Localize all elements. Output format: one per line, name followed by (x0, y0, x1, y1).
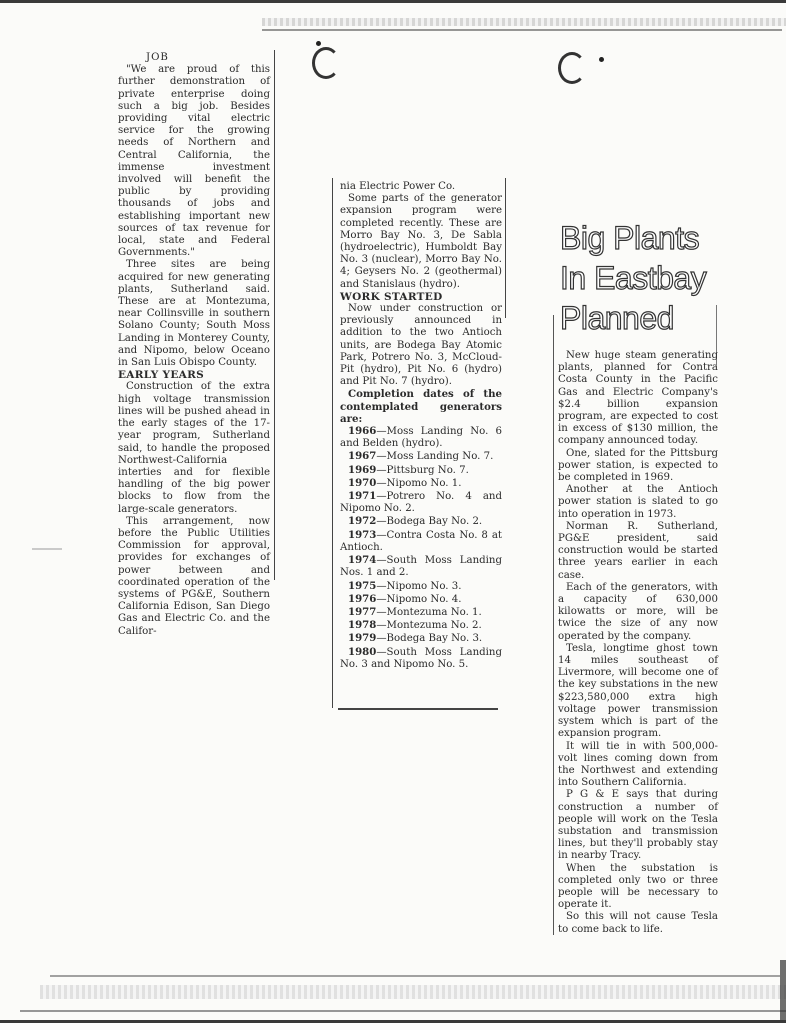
completion-plant: Montezuma No. 2. (387, 620, 482, 631)
dash: — (376, 555, 386, 566)
completion-year: 1966 (348, 425, 376, 437)
completion-dates-list: 1966—Moss Landing No. 6 and Belden (hydr… (340, 425, 502, 671)
scan-noise-strip-bottom (40, 985, 786, 999)
completion-plant: Moss Landing No. 7. (387, 451, 494, 462)
paragraph: One, slated for the Pittsburg power stat… (558, 448, 718, 485)
paragraph: Three sites are being acquired for new g… (118, 259, 270, 369)
scan-noise-strip-top (262, 18, 786, 26)
paragraph: Some parts of the generator expansion pr… (340, 193, 502, 291)
completion-year: 1980 (348, 646, 376, 658)
completion-year: 1970 (348, 477, 376, 489)
completion-plant: Nipomo No. 1. (387, 478, 462, 489)
subhead-work-started: WORK STARTED (340, 291, 502, 303)
paragraph: This arrangement, now before the Public … (118, 516, 270, 638)
paragraph: P G & E says that during construction a … (558, 789, 718, 862)
completion-year: 1978 (348, 619, 376, 631)
divider-rule-bottom (50, 975, 780, 977)
completion-date-item: 1976—Nipomo No. 4. (340, 593, 502, 606)
punch-hole-mark-right (558, 52, 586, 84)
completion-date-item: 1967—Moss Landing No. 7. (340, 450, 502, 463)
headline-line: Planned (560, 298, 730, 338)
completion-date-item: 1974—South Moss Landing Nos. 1 and 2. (340, 554, 502, 579)
dash: — (376, 478, 386, 489)
completion-date-item: 1970—Nipomo No. 1. (340, 477, 502, 490)
completion-year: 1967 (348, 450, 376, 462)
dash: — (376, 426, 386, 437)
completion-date-item: 1979—Bodega Bay No. 3. (340, 632, 502, 645)
paragraph: Another at the Antioch power station is … (558, 484, 718, 521)
completion-date-item: 1972—Bodega Bay No. 2. (340, 515, 502, 528)
headline-line: In Eastbay (560, 258, 730, 298)
completion-date-item: 1971—Potrero No. 4 and Nipomo No. 2. (340, 490, 502, 515)
dash: — (376, 530, 386, 541)
paragraph: "We are proud of this further demonstrat… (118, 64, 270, 259)
completion-year: 1969 (348, 464, 376, 476)
paragraph: When the substation is completed only tw… (558, 863, 718, 912)
dash: — (376, 594, 386, 605)
column-rule (553, 315, 554, 935)
scan-edge-top (0, 0, 786, 3)
paragraph: Each of the generators, with a capacity … (558, 582, 718, 643)
subhead-early-years: EARLY YEARS (118, 369, 270, 381)
completion-year: 1975 (348, 580, 376, 592)
paragraph: Completion dates of the contemplated gen… (340, 388, 502, 425)
headline: Big Plants In Eastbay Planned (560, 218, 730, 338)
paragraph: It will tie in with 500,000-volt lines c… (558, 741, 718, 790)
paragraph: Construction of the extra high voltage t… (118, 381, 270, 515)
completion-year: 1972 (348, 515, 376, 527)
kicker: JOB (118, 52, 270, 64)
headline-line: Big Plants (560, 218, 730, 258)
completion-plant: Montezuma No. 1. (387, 607, 482, 618)
dash: — (376, 647, 386, 658)
completion-date-item: 1969—Pittsburg No. 7. (340, 464, 502, 477)
article-right-column: New huge steam generating plants, planne… (558, 350, 718, 936)
completion-plant: Bodega Bay No. 3. (387, 633, 483, 644)
dash: — (376, 633, 386, 644)
paragraph: Norman R. Sutherland, PG&E president, sa… (558, 521, 718, 582)
column-rule (332, 178, 333, 708)
completion-plant: Pittsburg No. 7. (387, 465, 469, 476)
paragraph: So this will not cause Tesla to come bac… (558, 911, 718, 935)
paragraph: New huge steam generating plants, planne… (558, 350, 718, 448)
dash: — (376, 607, 386, 618)
completion-year: 1971 (348, 490, 376, 502)
dash: — (376, 465, 386, 476)
dash: — (376, 491, 386, 502)
completion-date-item: 1980—South Moss Landing No. 3 and Nipomo… (340, 646, 502, 671)
divider-rule-bottom (338, 708, 498, 710)
article-middle-column: nia Electric Power Co. Some parts of the… (340, 181, 502, 671)
completion-year: 1979 (348, 632, 376, 644)
dash: — (376, 516, 386, 527)
dash: — (376, 620, 386, 631)
speck-dot (316, 41, 321, 46)
completion-plant: Nipomo No. 4. (387, 594, 462, 605)
scan-edge-right (780, 960, 786, 1023)
dash: — (376, 451, 386, 462)
speck-dot (599, 57, 604, 62)
completion-date-item: 1975—Nipomo No. 3. (340, 580, 502, 593)
completion-year: 1976 (348, 593, 376, 605)
continuation-line: nia Electric Power Co. (340, 181, 502, 193)
completion-year: 1973 (348, 529, 376, 541)
completion-year: 1977 (348, 606, 376, 618)
completion-date-item: 1973—Contra Costa No. 8 at Antioch. (340, 529, 502, 554)
paragraph: Now under construction or previously ann… (340, 303, 502, 388)
completion-year: 1974 (348, 554, 376, 566)
divider-rule-top (262, 29, 782, 31)
dash: — (376, 581, 386, 592)
completion-date-item: 1966—Moss Landing No. 6 and Belden (hydr… (340, 425, 502, 450)
column-rule (274, 50, 275, 580)
completion-date-item: 1977—Montezuma No. 1. (340, 606, 502, 619)
completion-plant: Bodega Bay No. 2. (387, 516, 483, 527)
completion-date-item: 1978—Montezuma No. 2. (340, 619, 502, 632)
paragraph: Tesla, longtime ghost town 14 miles sout… (558, 643, 718, 741)
column-rule (505, 178, 506, 318)
punch-hole-mark-left (312, 47, 340, 79)
scan-smudge (32, 548, 62, 550)
divider-rule-bottom (20, 1010, 786, 1012)
completion-plant: Nipomo No. 3. (387, 581, 462, 592)
article-left-column: JOB "We are proud of this further demons… (118, 52, 270, 638)
